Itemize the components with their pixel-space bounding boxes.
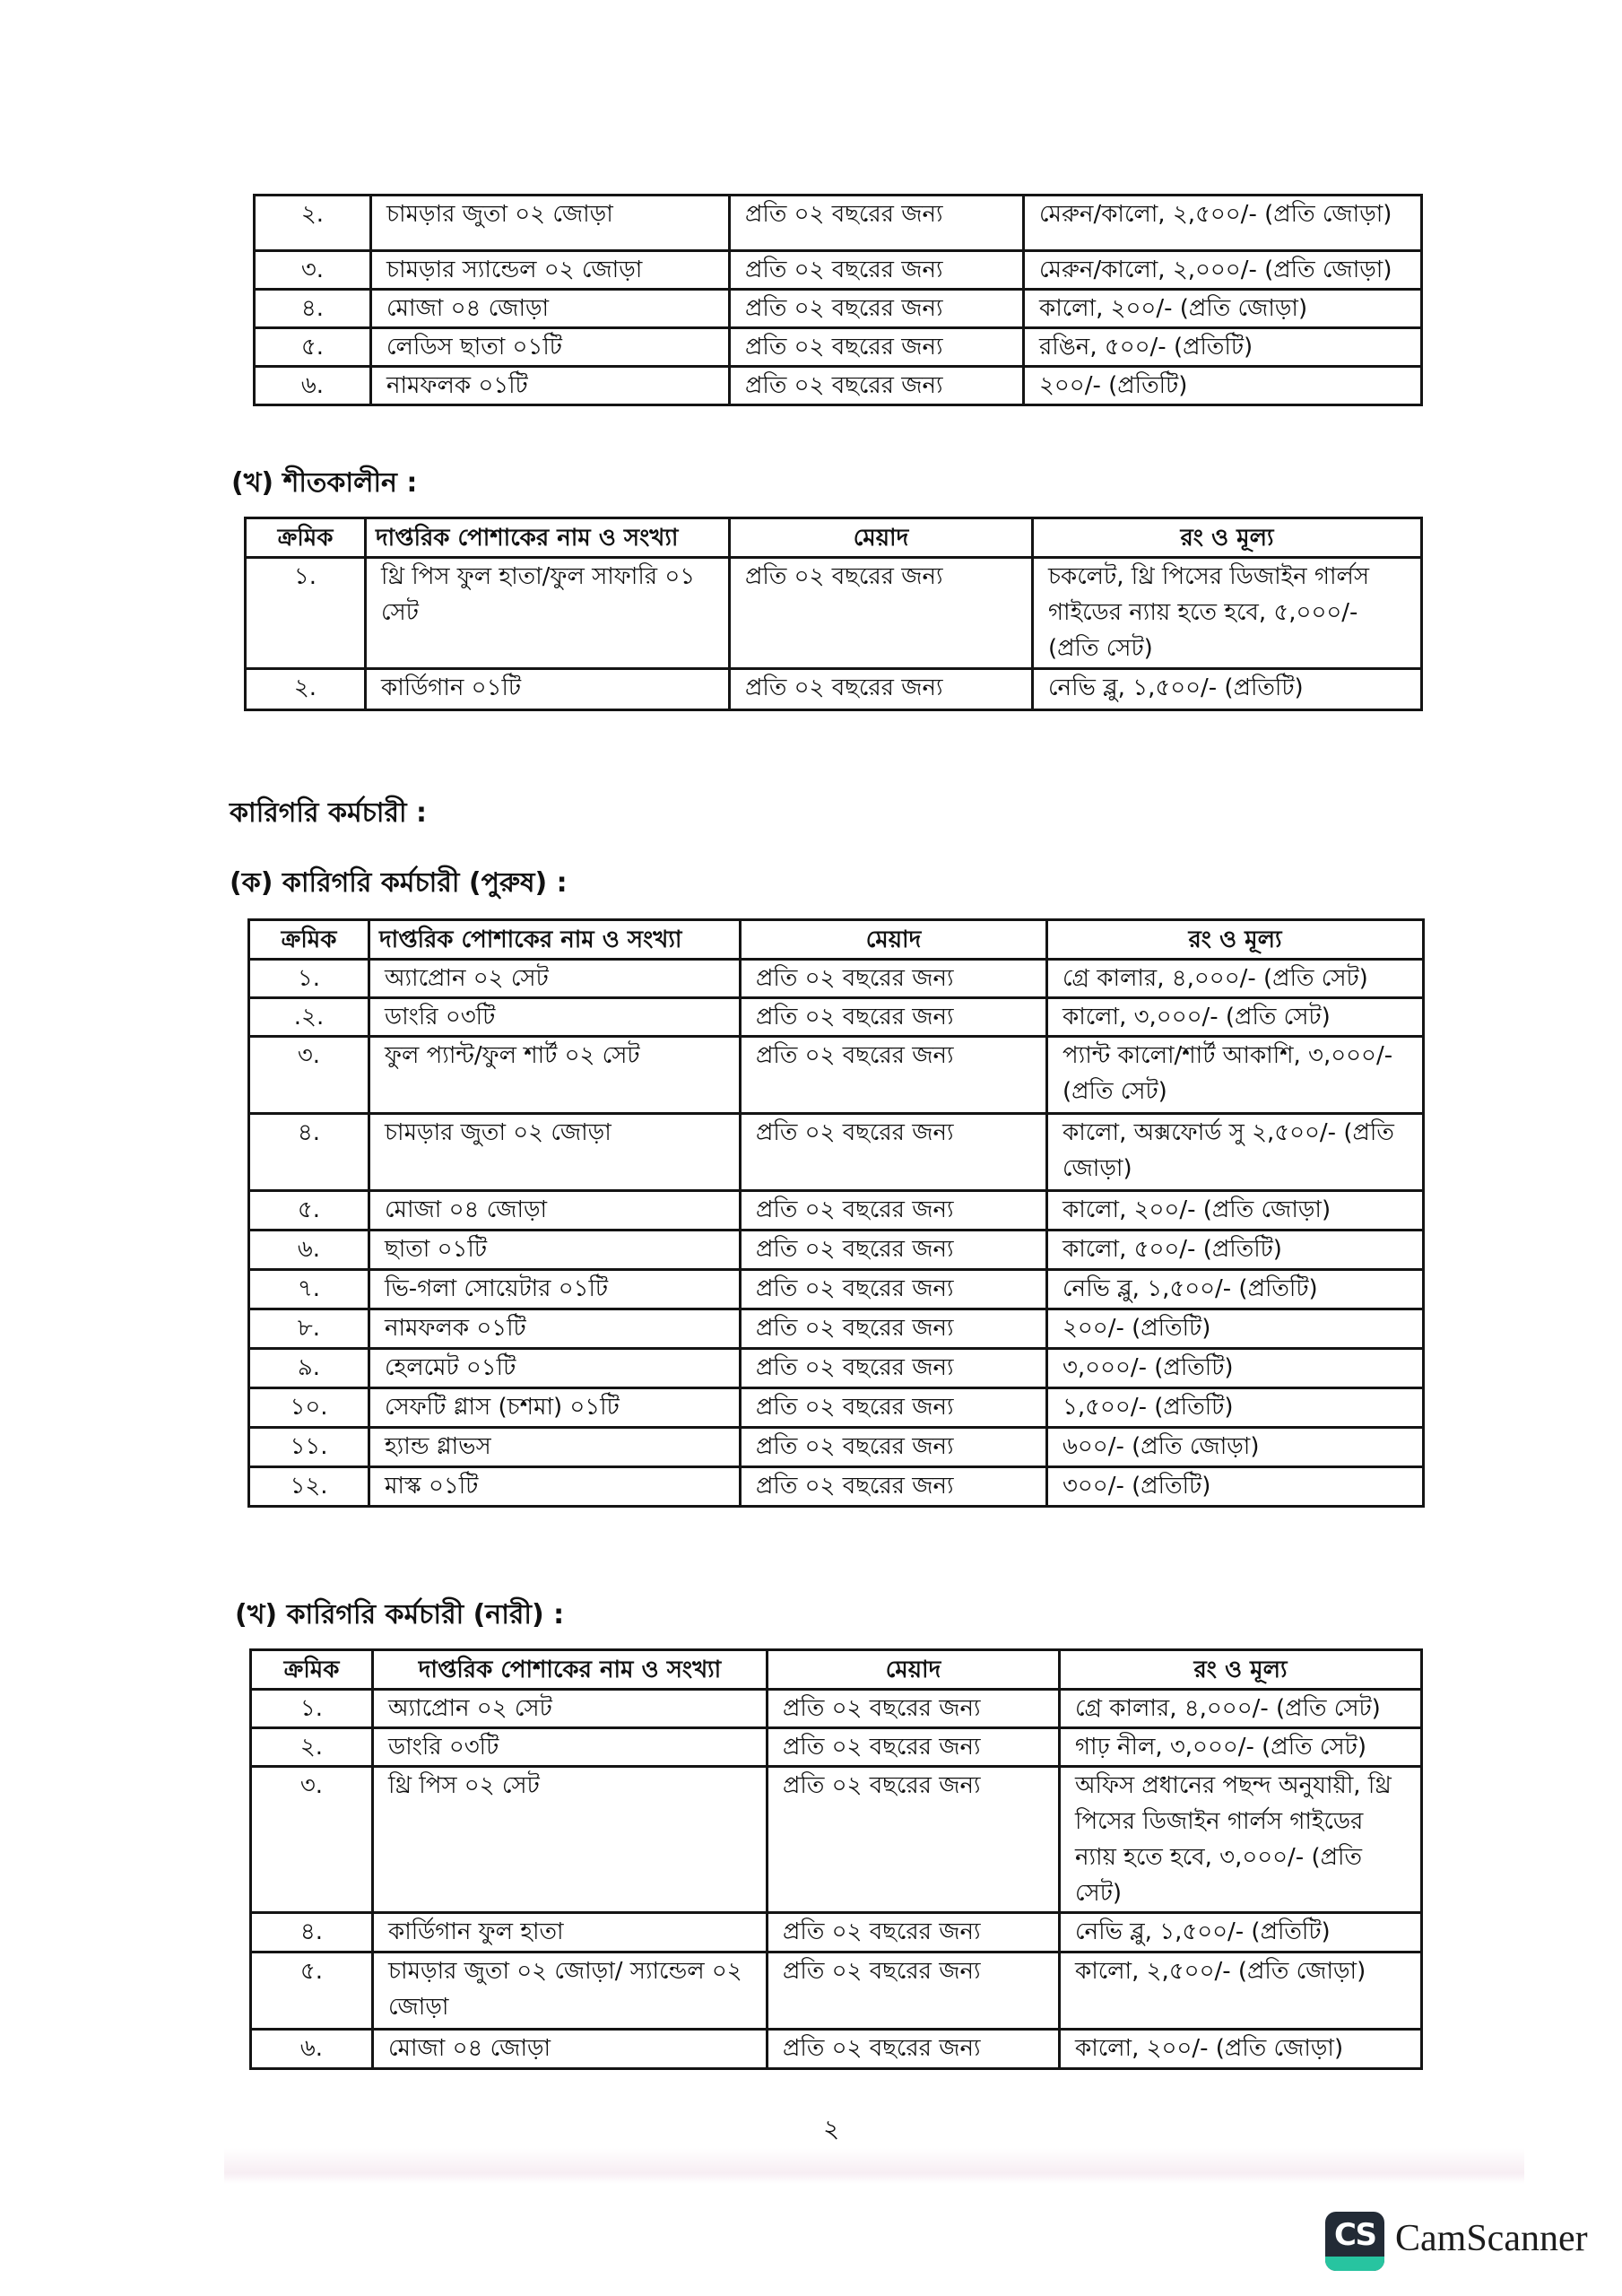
header-color-price: রং ও মূল্য bbox=[1047, 920, 1424, 960]
table-row: ৫.চামড়ার জুতা ০২ জোড়া/ স্যান্ডেল ০২ জো… bbox=[251, 1952, 1422, 2030]
table-row: ২.চামড়ার জুতা ০২ জোড়াপ্রতি ০২ বছরের জন… bbox=[255, 196, 1422, 251]
table-row: ২.কার্ডিগান ০১টিপ্রতি ০২ বছরের জন্যনেভি … bbox=[246, 669, 1422, 710]
table-row: ৬.মোজা ০৪ জোড়াপ্রতি ০২ বছরের জন্যকালো, … bbox=[251, 2030, 1422, 2069]
cell-item-name: মোজা ০৪ জোড়া bbox=[373, 2030, 768, 2069]
header-duration: মেয়াদ bbox=[768, 1650, 1060, 1690]
cell-serial: ৯. bbox=[249, 1349, 369, 1388]
cell-color-price: গ্রে কালার, ৪,০০০/- (প্রতি সেট) bbox=[1060, 1690, 1422, 1728]
cell-item-name: ডাংরি ০৩টি bbox=[373, 1728, 768, 1767]
cell-item-name: চামড়ার জুতা ০২ জোড়া/ স্যান্ডেল ০২ জোড়… bbox=[373, 1952, 768, 2030]
cell-serial: ১. bbox=[249, 960, 369, 998]
cell-duration: প্রতি ০২ বছরের জন্য bbox=[741, 1309, 1047, 1349]
cell-serial: ৪. bbox=[251, 1913, 373, 1952]
cell-serial: ৫. bbox=[249, 1191, 369, 1231]
cell-serial: ৪. bbox=[255, 290, 371, 328]
table-header-row: ক্রমিক দাপ্তরিক পোশাকের নাম ও সংখ্যা মেয… bbox=[246, 518, 1422, 558]
cell-color-price: রঙিন, ৫০০/- (প্রতিটি) bbox=[1024, 328, 1422, 367]
table-row: ৩.চামড়ার স্যান্ডেল ০২ জোড়াপ্রতি ০২ বছর… bbox=[255, 251, 1422, 290]
cell-serial: ৫. bbox=[255, 328, 371, 367]
cell-duration: প্রতি ০২ বছরের জন্য bbox=[741, 1467, 1047, 1507]
table-row: ১২.মাস্ক ০১টিপ্রতি ০২ বছরের জন্য৩০০/- (প… bbox=[249, 1467, 1424, 1507]
cell-item-name: মোজা ০৪ জোড়া bbox=[369, 1191, 741, 1231]
cell-serial: ১০. bbox=[249, 1388, 369, 1428]
cell-serial: ২. bbox=[246, 669, 366, 710]
cell-color-price: অফিস প্রধানের পছন্দ অনুযায়ী, থ্রি পিসের… bbox=[1060, 1767, 1422, 1913]
cell-duration: প্রতি ০২ বছরের জন্য bbox=[768, 1952, 1060, 2030]
cell-color-price: কালো, অক্সফোর্ড সু ২,৫০০/- (প্রতি জোড়া) bbox=[1047, 1114, 1424, 1191]
page-number: ২ bbox=[823, 2109, 839, 2152]
cell-duration: প্রতি ০২ বছরের জন্য bbox=[730, 558, 1033, 669]
cell-item-name: লেডিস ছাতা ০১টি bbox=[371, 328, 730, 367]
cell-item-name: ডাংরি ০৩টি bbox=[369, 998, 741, 1037]
cell-duration: প্রতি ০২ বছরের জন্য bbox=[730, 367, 1024, 405]
cell-serial: ৬. bbox=[255, 367, 371, 405]
cell-duration: প্রতি ০২ বছরের জন্য bbox=[741, 1388, 1047, 1428]
table-row: ১.অ্যাপ্রোন ০২ সেটপ্রতি ০২ বছরের জন্যগ্র… bbox=[249, 960, 1424, 998]
table-row: ৭.ভি-গলা সোয়েটার ০১টিপ্রতি ০২ বছরের জন্… bbox=[249, 1270, 1424, 1309]
cell-color-price: কালো, ৫০০/- (প্রতিটি) bbox=[1047, 1231, 1424, 1270]
cell-duration: প্রতি ০২ বছরের জন্য bbox=[768, 1728, 1060, 1767]
cell-duration: প্রতি ০২ বছরের জন্য bbox=[730, 251, 1024, 290]
table-row: ৬.নামফলক ০১টিপ্রতি ০২ বছরের জন্য২০০/- (প… bbox=[255, 367, 1422, 405]
cell-serial: ৩. bbox=[255, 251, 371, 290]
cell-item-name: কার্ডিগান ফুল হাতা bbox=[373, 1913, 768, 1952]
cell-color-price: কালো, ২০০/- (প্রতি জোড়া) bbox=[1060, 2030, 1422, 2069]
table-row: ২.ডাংরি ০৩টিপ্রতি ০২ বছরের জন্যগাঢ় নীল,… bbox=[251, 1728, 1422, 1767]
cell-duration: প্রতি ০২ বছরের জন্য bbox=[741, 1191, 1047, 1231]
cell-duration: প্রতি ০২ বছরের জন্য bbox=[730, 669, 1033, 710]
cell-item-name: নামফলক ০১টি bbox=[369, 1309, 741, 1349]
section-heading-technical-female: (খ) কারিগরি কর্মচারী (নারী) : bbox=[235, 1593, 564, 1639]
cell-item-name: সেফটি গ্লাস (চশমা) ০১টি bbox=[369, 1388, 741, 1428]
table-row: ৫.মোজা ০৪ জোড়াপ্রতি ০২ বছরের জন্যকালো, … bbox=[249, 1191, 1424, 1231]
cell-color-price: নেভি ব্লু, ১,৫০০/- (প্রতিটি) bbox=[1060, 1913, 1422, 1952]
header-name: দাপ্তরিক পোশাকের নাম ও সংখ্যা bbox=[369, 920, 741, 960]
cell-item-name: ভি-গলা সোয়েটার ০১টি bbox=[369, 1270, 741, 1309]
cell-serial: ১. bbox=[246, 558, 366, 669]
cell-item-name: মোজা ০৪ জোড়া bbox=[371, 290, 730, 328]
cell-serial: ১. bbox=[251, 1690, 373, 1728]
table-row: ৪.চামড়ার জুতা ০২ জোড়াপ্রতি ০২ বছরের জন… bbox=[249, 1114, 1424, 1191]
cell-item-name: অ্যাপ্রোন ০২ সেট bbox=[373, 1690, 768, 1728]
cell-serial: ১২. bbox=[249, 1467, 369, 1507]
cell-duration: প্রতি ০২ বছরের জন্য bbox=[768, 1913, 1060, 1952]
cell-serial: ৬. bbox=[251, 2030, 373, 2069]
uniform-table-continued: ২.চামড়ার জুতা ০২ জোড়াপ্রতি ০২ বছরের জন… bbox=[253, 194, 1423, 406]
cell-item-name: চামড়ার জুতা ০২ জোড়া bbox=[369, 1114, 741, 1191]
cell-color-price: কালো, ২০০/- (প্রতি জোড়া) bbox=[1047, 1191, 1424, 1231]
uniform-table-technical-male: ক্রমিক দাপ্তরিক পোশাকের নাম ও সংখ্যা মেয… bbox=[247, 918, 1425, 1508]
cell-serial: ৬. bbox=[249, 1231, 369, 1270]
table-row: ৪.কার্ডিগান ফুল হাতাপ্রতি ০২ বছরের জন্যন… bbox=[251, 1913, 1422, 1952]
cell-color-price: কালো, ২,৫০০/- (প্রতি জোড়া) bbox=[1060, 1952, 1422, 2030]
header-duration: মেয়াদ bbox=[741, 920, 1047, 960]
cell-duration: প্রতি ০২ বছরের জন্য bbox=[768, 1690, 1060, 1728]
cell-item-name: হ্যান্ড গ্লাভস bbox=[369, 1428, 741, 1467]
cell-item-name: অ্যাপ্রোন ০২ সেট bbox=[369, 960, 741, 998]
table-header-row: ক্রমিক দাপ্তরিক পোশাকের নাম ও সংখ্যা মেয… bbox=[249, 920, 1424, 960]
section-heading-technical: কারিগরি কর্মচারী : bbox=[230, 791, 427, 837]
cell-color-price: ৩০০/- (প্রতিটি) bbox=[1047, 1467, 1424, 1507]
cell-duration: প্রতি ০২ বছরের জন্য bbox=[741, 1428, 1047, 1467]
table-row: ১১.হ্যান্ড গ্লাভসপ্রতি ০২ বছরের জন্য৬০০/… bbox=[249, 1428, 1424, 1467]
cell-duration: প্রতি ০২ বছরের জন্য bbox=[768, 1767, 1060, 1913]
cell-duration: প্রতি ০২ বছরের জন্য bbox=[741, 1231, 1047, 1270]
cell-item-name: নামফলক ০১টি bbox=[371, 367, 730, 405]
cell-color-price: ১,৫০০/- (প্রতিটি) bbox=[1047, 1388, 1424, 1428]
cell-color-price: চকলেট, থ্রি পিসের ডিজাইন গার্লস গাইডের ন… bbox=[1033, 558, 1422, 669]
table-row: ১০.সেফটি গ্লাস (চশমা) ০১টিপ্রতি ০২ বছরের… bbox=[249, 1388, 1424, 1428]
cell-duration: প্রতি ০২ বছরের জন্য bbox=[741, 1270, 1047, 1309]
header-color-price: রং ও মূল্য bbox=[1033, 518, 1422, 558]
cell-color-price: নেভি ব্লু, ১,৫০০/- (প্রতিটি) bbox=[1033, 669, 1422, 710]
cell-item-name: কার্ডিগান ০১টি bbox=[366, 669, 730, 710]
table-row: ৪.মোজা ০৪ জোড়াপ্রতি ০২ বছরের জন্যকালো, … bbox=[255, 290, 1422, 328]
cell-duration: প্রতি ০২ বছরের জন্য bbox=[741, 998, 1047, 1037]
table-row: ৩.ফুল প্যান্ট/ফুল শার্ট ০২ সেটপ্রতি ০২ ব… bbox=[249, 1037, 1424, 1114]
cell-color-price: প্যান্ট কালো/শার্ট আকাশি, ৩,০০০/- (প্রতি… bbox=[1047, 1037, 1424, 1114]
table-row: ১.অ্যাপ্রোন ০২ সেটপ্রতি ০২ বছরের জন্যগ্র… bbox=[251, 1690, 1422, 1728]
cell-item-name: ফুল প্যান্ট/ফুল শার্ট ০২ সেট bbox=[369, 1037, 741, 1114]
cell-item-name: হেলমেট ০১টি bbox=[369, 1349, 741, 1388]
cell-color-price: গাঢ় নীল, ৩,০০০/- (প্রতি সেট) bbox=[1060, 1728, 1422, 1767]
camscanner-watermark-text: CamScanner bbox=[1395, 2217, 1588, 2260]
uniform-table-technical-female: ক্রমিক দাপ্তরিক পোশাকের নাম ও সংখ্যা মেয… bbox=[249, 1648, 1423, 2070]
header-serial: ক্রমিক bbox=[246, 518, 366, 558]
table-row: ১.থ্রি পিস ফুল হাতা/ফুল সাফারি ০১ সেটপ্র… bbox=[246, 558, 1422, 669]
cell-serial: ৮. bbox=[249, 1309, 369, 1349]
cell-color-price: ৩,০০০/- (প্রতিটি) bbox=[1047, 1349, 1424, 1388]
cell-color-price: ২০০/- (প্রতিটি) bbox=[1024, 367, 1422, 405]
cell-item-name: থ্রি পিস ০২ সেট bbox=[373, 1767, 768, 1913]
cell-serial: ১১. bbox=[249, 1428, 369, 1467]
cell-color-price: নেভি ব্লু, ১,৫০০/- (প্রতিটি) bbox=[1047, 1270, 1424, 1309]
cell-color-price: ২০০/- (প্রতিটি) bbox=[1047, 1309, 1424, 1349]
cell-color-price: কালো, ২০০/- (প্রতি জোড়া) bbox=[1024, 290, 1422, 328]
document-page: ২.চামড়ার জুতা ০২ জোড়াপ্রতি ০২ বছরের জন… bbox=[0, 0, 1622, 2296]
cell-color-price: মেরুন/কালো, ২,০০০/- (প্রতি জোড়া) bbox=[1024, 251, 1422, 290]
cell-serial: ৩. bbox=[249, 1037, 369, 1114]
cell-serial: .২. bbox=[249, 998, 369, 1037]
table-row: ৬.ছাতা ০১টিপ্রতি ০২ বছরের জন্যকালো, ৫০০/… bbox=[249, 1231, 1424, 1270]
cell-serial: ২. bbox=[251, 1728, 373, 1767]
header-duration: মেয়াদ bbox=[730, 518, 1033, 558]
cell-serial: ৫. bbox=[251, 1952, 373, 2030]
header-name: দাপ্তরিক পোশাকের নাম ও সংখ্যা bbox=[366, 518, 730, 558]
cell-color-price: ৬০০/- (প্রতি জোড়া) bbox=[1047, 1428, 1424, 1467]
cell-duration: প্রতি ০২ বছরের জন্য bbox=[741, 1114, 1047, 1191]
camscanner-logo-icon: CS bbox=[1325, 2212, 1384, 2271]
cell-item-name: মাস্ক ০১টি bbox=[369, 1467, 741, 1507]
cell-item-name: চামড়ার জুতা ০২ জোড়া bbox=[371, 196, 730, 251]
header-color-price: রং ও মূল্য bbox=[1060, 1650, 1422, 1690]
cell-duration: প্রতি ০২ বছরের জন্য bbox=[741, 1349, 1047, 1388]
table-row: ৩.থ্রি পিস ০২ সেটপ্রতি ০২ বছরের জন্যঅফিস… bbox=[251, 1767, 1422, 1913]
table-header-row: ক্রমিক দাপ্তরিক পোশাকের নাম ও সংখ্যা মেয… bbox=[251, 1650, 1422, 1690]
cell-duration: প্রতি ০২ বছরের জন্য bbox=[730, 290, 1024, 328]
section-heading-winter: (খ) শীতকালীন : bbox=[231, 461, 417, 507]
cell-serial: ৩. bbox=[251, 1767, 373, 1913]
scan-shadow bbox=[224, 2148, 1524, 2184]
table-row: .২.ডাংরি ০৩টিপ্রতি ০২ বছরের জন্যকালো, ৩,… bbox=[249, 998, 1424, 1037]
table-row: ৯.হেলমেট ০১টিপ্রতি ০২ বছরের জন্য৩,০০০/- … bbox=[249, 1349, 1424, 1388]
cell-serial: ৭. bbox=[249, 1270, 369, 1309]
uniform-table-winter: ক্রমিক দাপ্তরিক পোশাকের নাম ও সংখ্যা মেয… bbox=[244, 517, 1423, 711]
table-row: ৫.লেডিস ছাতা ০১টিপ্রতি ০২ বছরের জন্যরঙিন… bbox=[255, 328, 1422, 367]
cell-color-price: গ্রে কালার, ৪,০০০/- (প্রতি সেট) bbox=[1047, 960, 1424, 998]
header-name: দাপ্তরিক পোশাকের নাম ও সংখ্যা bbox=[373, 1650, 768, 1690]
cell-serial: ৪. bbox=[249, 1114, 369, 1191]
cell-item-name: চামড়ার স্যান্ডেল ০২ জোড়া bbox=[371, 251, 730, 290]
cell-duration: প্রতি ০২ বছরের জন্য bbox=[741, 960, 1047, 998]
cell-color-price: মেরুন/কালো, ২,৫০০/- (প্রতি জোড়া) bbox=[1024, 196, 1422, 251]
cell-duration: প্রতি ০২ বছরের জন্য bbox=[741, 1037, 1047, 1114]
cell-color-price: কালো, ৩,০০০/- (প্রতি সেট) bbox=[1047, 998, 1424, 1037]
header-serial: ক্রমিক bbox=[251, 1650, 373, 1690]
cell-item-name: থ্রি পিস ফুল হাতা/ফুল সাফারি ০১ সেট bbox=[366, 558, 730, 669]
cell-item-name: ছাতা ০১টি bbox=[369, 1231, 741, 1270]
cell-duration: প্রতি ০২ বছরের জন্য bbox=[768, 2030, 1060, 2069]
cell-duration: প্রতি ০২ বছরের জন্য bbox=[730, 328, 1024, 367]
section-heading-technical-male: (ক) কারিগরি কর্মচারী (পুরুষ) : bbox=[230, 861, 568, 907]
header-serial: ক্রমিক bbox=[249, 920, 369, 960]
cell-duration: প্রতি ০২ বছরের জন্য bbox=[730, 196, 1024, 251]
table-row: ৮.নামফলক ০১টিপ্রতি ০২ বছরের জন্য২০০/- (প… bbox=[249, 1309, 1424, 1349]
cell-serial: ২. bbox=[255, 196, 371, 251]
